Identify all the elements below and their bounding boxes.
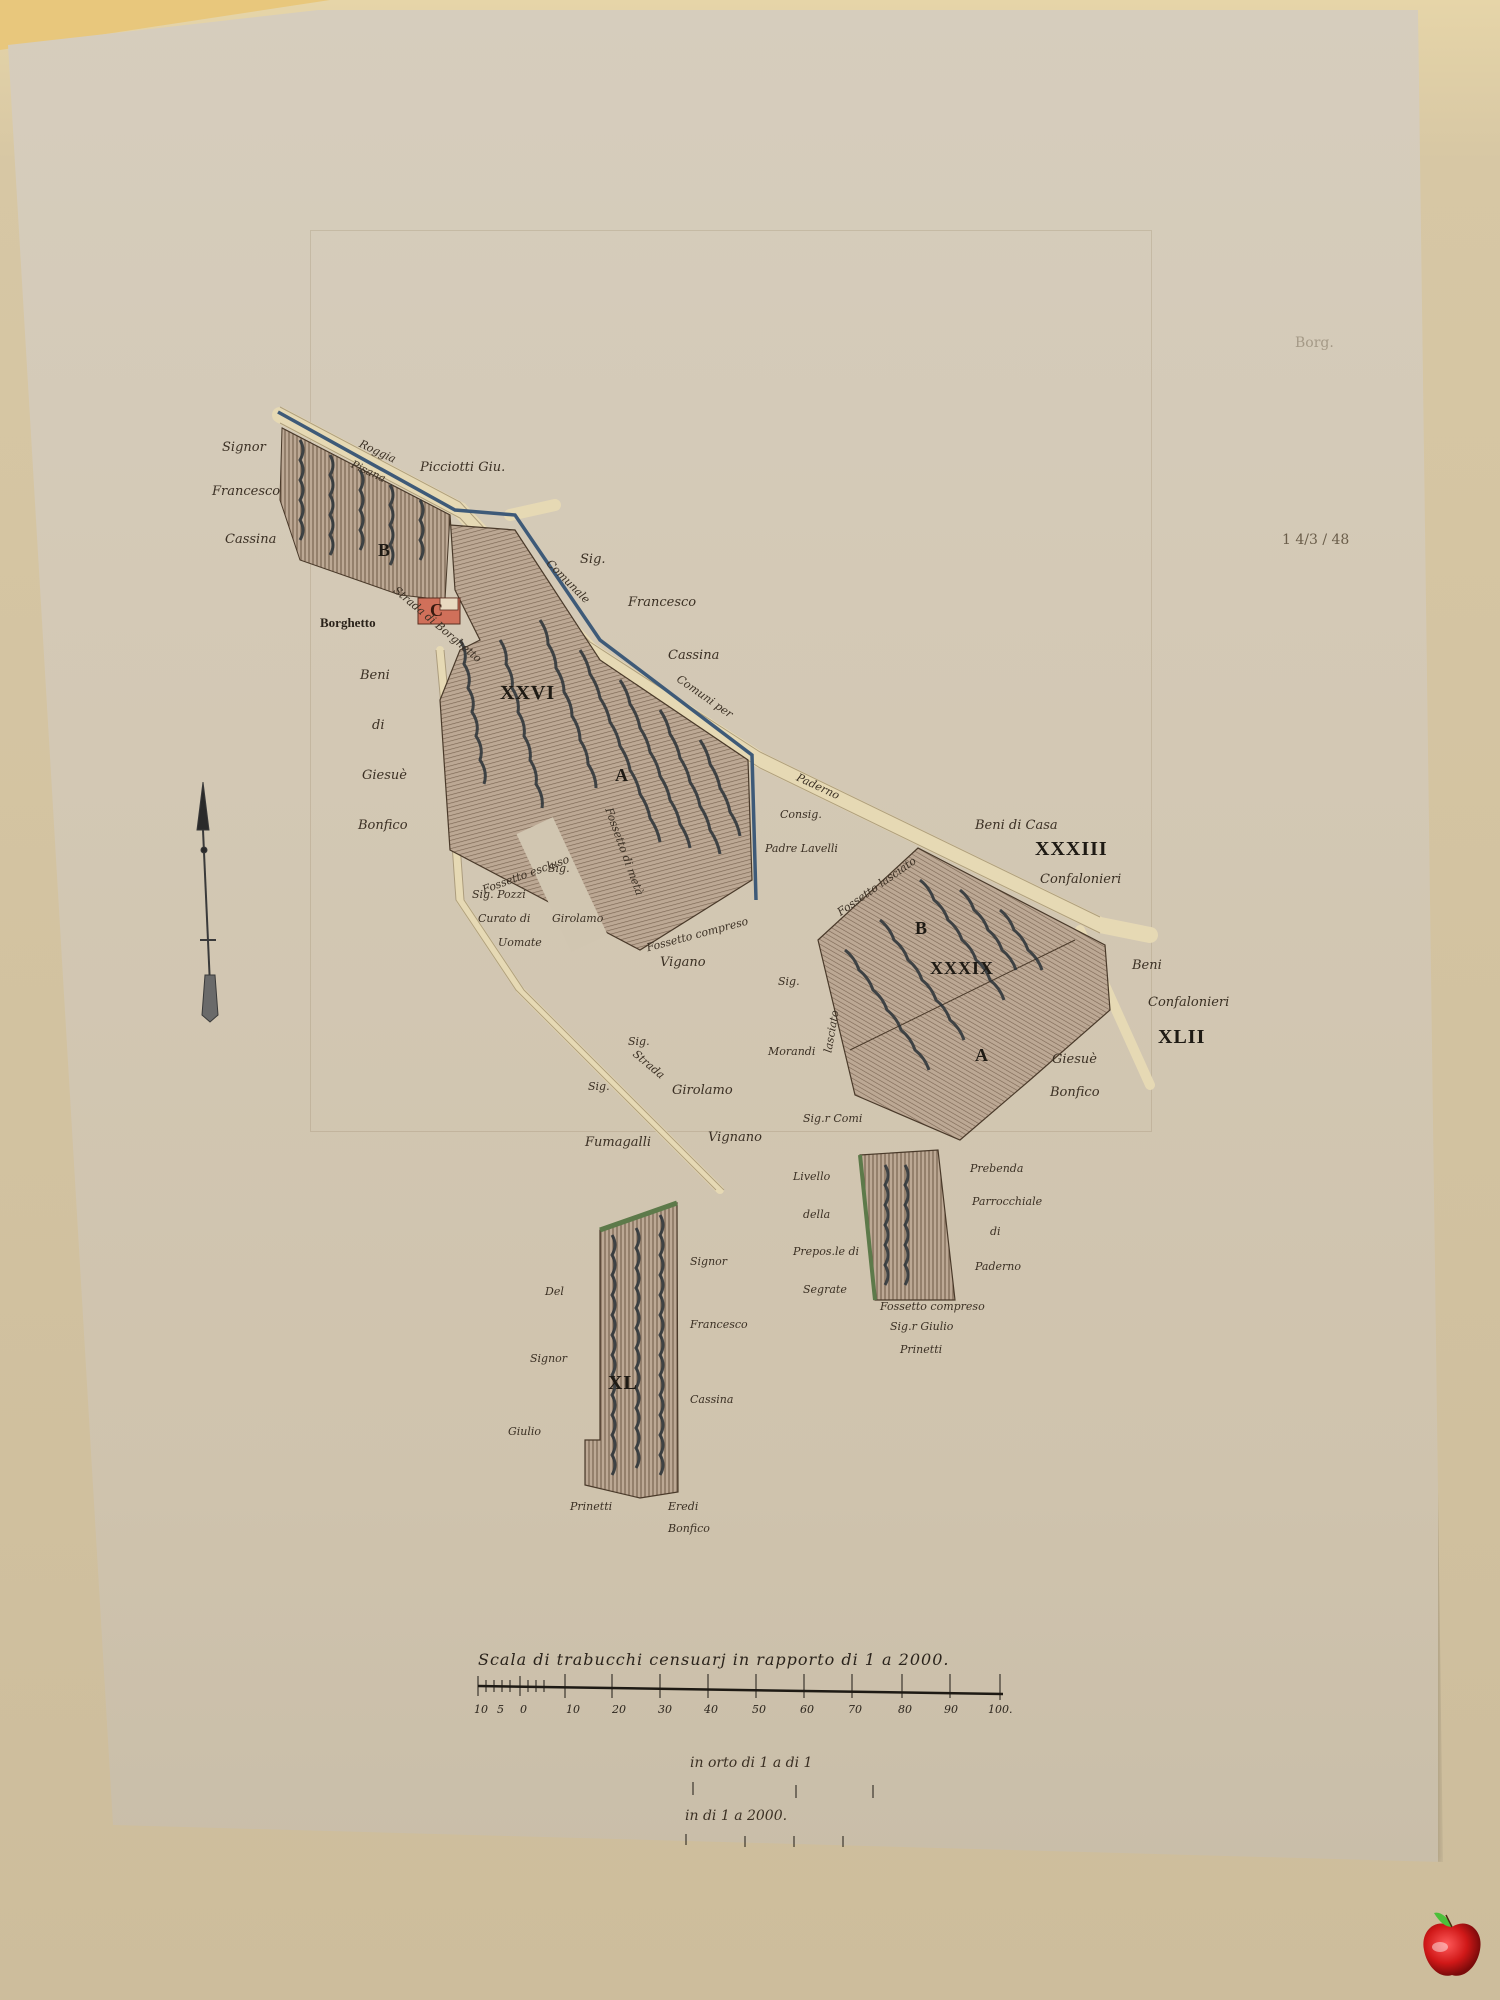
scale-tick-label: 50 (752, 1703, 766, 1716)
parcel-number-xl: XL (608, 1372, 638, 1395)
scale-tick-label: 80 (898, 1703, 912, 1716)
label-beni: Beni (360, 668, 390, 683)
scale-tick-label: 30 (658, 1703, 672, 1716)
label-beni-right: Beni (1132, 958, 1162, 973)
label-signor-left: Signor (530, 1352, 567, 1365)
subparcel-b: B (378, 540, 391, 561)
label-prinetti: Prinetti (900, 1343, 942, 1356)
north-arrow (197, 782, 218, 1022)
label-signor: Signor (222, 440, 266, 455)
label-bonfico-right: Bonfico (1050, 1085, 1100, 1100)
subparcel-a-east: A (975, 1045, 989, 1066)
label-giulio-left: Giulio (508, 1425, 541, 1438)
scale-tick-label: 10 (566, 1703, 580, 1716)
label-francesco: Francesco (212, 484, 280, 499)
parcel-number-xxxix: XXXIX (930, 958, 994, 979)
scale-subtitle-2: in di 1 a 2000. (685, 1808, 787, 1824)
label-cassina-right: Cassina (690, 1393, 733, 1406)
label-vigano: Vigano (660, 955, 706, 970)
label-bonfico: Bonfico (358, 818, 408, 833)
parcel-number-xxvi: XXVI (500, 682, 555, 705)
subparcel-a: A (615, 765, 629, 786)
label-della: della (803, 1208, 830, 1221)
label-prepos: Prepos.le di (793, 1245, 859, 1258)
scale-tick-label: 5 (497, 1703, 504, 1716)
label-morandi: Morandi (768, 1045, 815, 1058)
label-cassina-2: Cassina (668, 648, 719, 663)
label-fumagalli: Fumagalli (585, 1135, 651, 1150)
pencil-catalog-note: 1 4/3 / 48 (1282, 532, 1349, 548)
label-parrocchiale: Parrocchiale (972, 1195, 1042, 1208)
subparcel-b-east: B (915, 918, 928, 939)
label-sig-morandi: Sig. (778, 975, 800, 988)
scale-tick-label: 10 (474, 1703, 488, 1716)
label-giesue-right: Giesuè (1052, 1052, 1097, 1067)
scale-subtitle-1: in orto di 1 a di 1 (690, 1755, 812, 1771)
scale-tick-label: 70 (848, 1703, 862, 1716)
scale-tick-label: 90 (944, 1703, 958, 1716)
label-fossetto-compreso-2: Fossetto compreso (880, 1300, 985, 1313)
label-uomate: Uomate (498, 936, 542, 949)
label-sig-francesco: Sig. (580, 552, 606, 567)
label-girolamo-2: Girolamo (672, 1083, 733, 1098)
label-vignano: Vignano (708, 1130, 762, 1145)
label-sig-comi: Sig.r Comi (803, 1112, 862, 1125)
label-cassina: Cassina (225, 532, 276, 547)
label-girolamo: Girolamo (552, 912, 603, 925)
apple-logo-icon (1412, 1905, 1492, 1985)
scale-tick-label: 40 (704, 1703, 718, 1716)
label-giesue: Giesuè (362, 768, 407, 783)
scale-tick-label: 60 (800, 1703, 814, 1716)
label-sig-giulio: Sig.r Giulio (890, 1320, 953, 1333)
scale-tick-label: 0 (520, 1703, 527, 1716)
label-sig-3: Sig. (588, 1080, 610, 1093)
label-borghetto: Borghetto (320, 615, 376, 631)
label-francesco-2: Francesco (628, 595, 696, 610)
scale-tick-label: 20 (612, 1703, 626, 1716)
parcel-number-xlii: XLII (1158, 1026, 1205, 1049)
label-beni-di-casa: Beni di Casa (975, 818, 1058, 833)
label-signor-right: Signor (690, 1255, 727, 1268)
label-picciotti: Picciotti Giu. (420, 460, 505, 475)
scale-tick-label: 100. (988, 1703, 1013, 1716)
label-prebenda: Prebenda (970, 1162, 1023, 1175)
label-padre-lavelli: Padre Lavelli (765, 842, 838, 855)
label-livello: Livello (793, 1170, 830, 1183)
label-del: Del (545, 1285, 564, 1298)
label-confalonieri-right: Confalonieri (1148, 995, 1229, 1010)
label-sig-2: Sig. (628, 1035, 650, 1048)
label-consig: Consig. (780, 808, 822, 821)
map-drawing (0, 0, 1500, 2000)
label-bonfico-eredi: Bonfico (668, 1522, 710, 1535)
label-eredi: Eredi (668, 1500, 698, 1513)
label-segrate: Segrate (803, 1283, 847, 1296)
label-di: di (372, 718, 384, 733)
label-di-paderno: di (990, 1225, 1001, 1238)
label-prinetti-left: Prinetti (570, 1500, 612, 1513)
pencil-faint-note: Borg. (1295, 335, 1334, 351)
label-francesco-right: Francesco (690, 1318, 748, 1331)
parcel-number-xxxiii: XXXIII (1035, 838, 1108, 861)
scale-title: Scala di trabucchi censuarj in rapporto … (478, 1650, 949, 1669)
label-curato-di: Curato di (478, 912, 530, 925)
label-paderno: Paderno (975, 1260, 1021, 1273)
label-confalonieri: Confalonieri (1040, 872, 1121, 887)
